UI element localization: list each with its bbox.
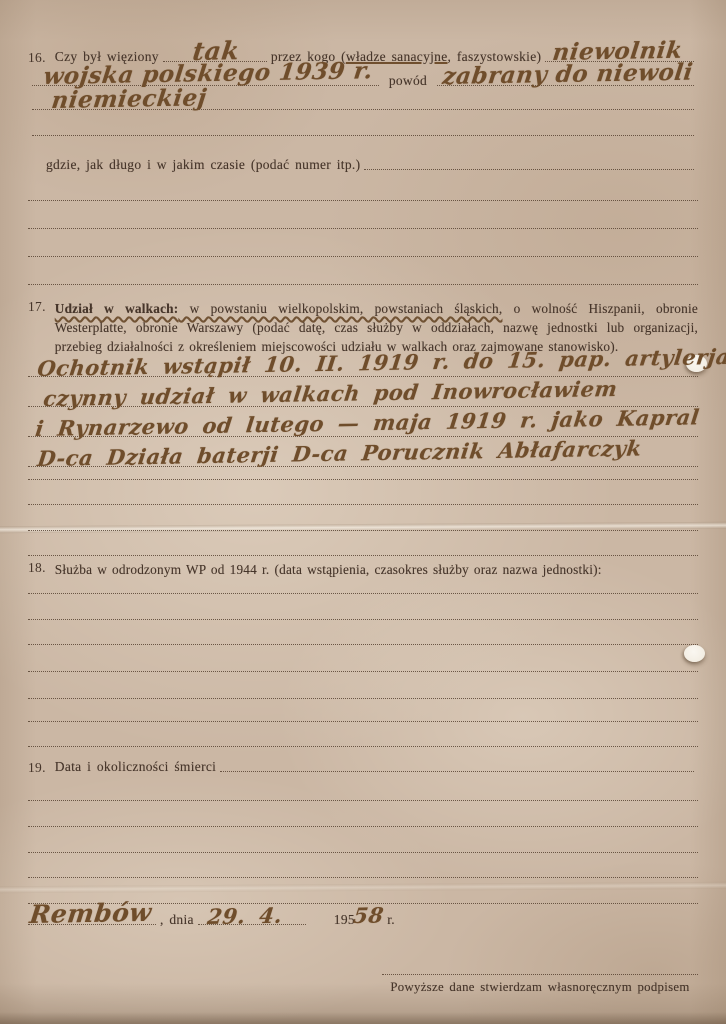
blank-rule: [28, 229, 698, 257]
blank-rule: [28, 257, 698, 285]
date-day-label: , dnia: [160, 912, 194, 929]
handwritten-day-month: 29. 4.: [206, 903, 284, 929]
dotted-rule: niemieckiej: [32, 105, 694, 110]
blank-rule: [28, 853, 698, 878]
handwritten-text: czynny udział w walkach pod Inowrocławie…: [42, 376, 619, 411]
q18-section: 18. Służba w odrodzonym WP od 1944 r. (d…: [28, 560, 698, 747]
blank-rule: [28, 579, 698, 594]
blank-rule: [28, 801, 698, 827]
q16-section: 16. Czy był więziony tak przez kogo (wła…: [28, 42, 698, 140]
blank-rule: [28, 531, 698, 556]
signature-rule: [382, 966, 698, 975]
scan-bottom-shadow: [0, 1012, 726, 1024]
blank-rule: [28, 620, 698, 645]
q18-label: Służba w odrodzonym WP od 1944 r. (data …: [55, 560, 698, 579]
q19-section: 19. Data i okoliczności śmierci: [28, 752, 698, 904]
blank-rule: [28, 201, 698, 229]
handwritten-place: Rembów: [28, 898, 153, 929]
q16-where-label: gdzie, jak długo i w jakim czasie (podać…: [46, 157, 360, 174]
blank-rule: [28, 699, 698, 722]
dotted-rule: [32, 131, 694, 136]
dotted-rule: [220, 767, 694, 772]
date-line-section: Rembów , dnia 29. 4. 195 58 r.: [28, 901, 698, 929]
blank-rule: [28, 480, 698, 505]
q17-number: 17.: [28, 299, 55, 315]
q17-answers: Ochotnik wstąpił 10. II. 1919 r. do 15. …: [28, 348, 698, 556]
blank-rule: [28, 722, 698, 747]
dotted-rule: 29. 4.: [198, 920, 306, 925]
q19-label-row: 19. Data i okoliczności śmierci: [28, 752, 698, 776]
signature-caption: Powyższe dane stwierdzam własnoręcznym p…: [382, 980, 698, 995]
q19-label: Data i okoliczności śmierci: [55, 759, 216, 776]
handwritten-text: D-ca Działa baterji D-ca Porucznik Abłaf…: [36, 435, 643, 471]
handwritten-line: czynny udział w walkach pod Inowrocławie…: [28, 377, 698, 407]
blank-rule: [28, 174, 698, 201]
handwritten-line: Ochotnik wstąpił 10. II. 1919 r. do 15. …: [28, 348, 698, 377]
blank-rule: [28, 505, 698, 531]
blank-rule: [28, 827, 698, 853]
date-line-row: Rembów , dnia 29. 4. 195 58 r.: [28, 901, 698, 929]
handwritten-year: 58: [352, 902, 385, 928]
q16-where-line: gdzie, jak długo i w jakim czasie (podać…: [28, 150, 698, 174]
blank-rule: [28, 672, 698, 699]
q16-line-4: [28, 114, 698, 140]
blank-rule: [28, 776, 698, 801]
dotted-rule: [364, 165, 694, 170]
q17-label-underlined: w powstaniu wielkopolskim, powstaniach ś…: [178, 301, 502, 316]
q18-number: 18.: [28, 560, 55, 576]
blank-rule: [28, 594, 698, 620]
dotted-rule: zabrany do niewoli: [437, 81, 694, 86]
q16-reason-label: powód: [389, 73, 427, 90]
q17-label-bold: Udział w walkach:: [55, 301, 179, 316]
signature-block: Powyższe dane stwierdzam własnoręcznym p…: [382, 966, 698, 995]
scanned-form-page: 16. Czy był więziony tak przez kogo (wła…: [0, 0, 726, 1024]
handwritten-line: D-ca Działa baterji D-ca Porucznik Abłaf…: [28, 437, 698, 467]
q16-where-section: gdzie, jak długo i w jakim czasie (podać…: [28, 150, 698, 285]
handwritten-text: Ochotnik wstąpił 10. II. 1919 r. do 15. …: [36, 344, 726, 381]
blank-rule: [28, 645, 698, 672]
q16-line-3: niemieckiej: [28, 90, 698, 114]
handwritten-answer-army: wojska polskiego 1939 r.: [42, 57, 374, 90]
year-suffix: r.: [387, 912, 395, 929]
dotted-rule: Rembów: [28, 920, 156, 925]
q19-number: 19.: [28, 760, 55, 776]
q18-label-row: 18. Służba w odrodzonym WP od 1944 r. (d…: [28, 560, 698, 579]
handwritten-line: i Rynarzewo od lutego — maja 1919 r. jak…: [28, 407, 698, 437]
handwritten-answer-german: niemieckiej: [50, 84, 208, 114]
handwritten-answer-reason: zabrany do niewoli: [441, 59, 695, 90]
